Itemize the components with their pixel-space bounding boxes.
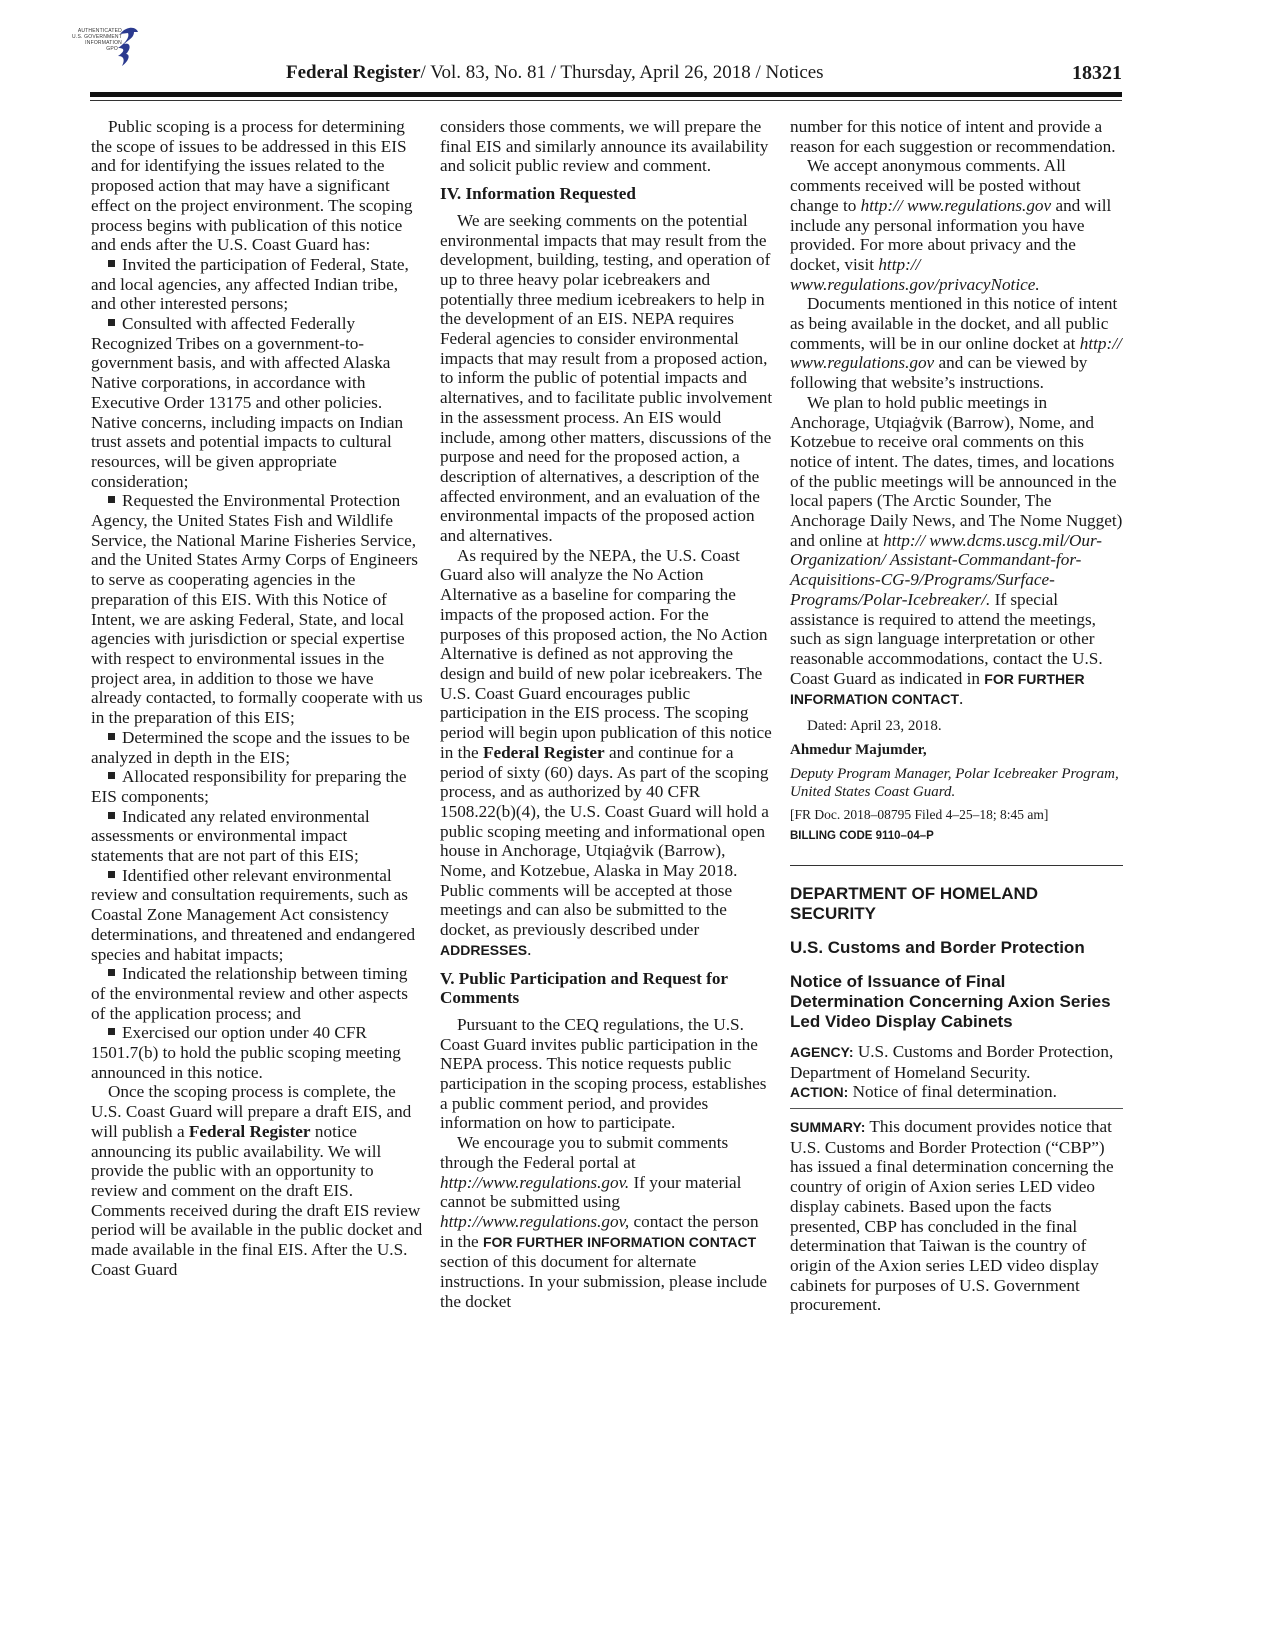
bullet-item: Invited the participation of Federal, St… — [91, 255, 424, 314]
bullet-text: Identified other relevant environmental … — [91, 866, 415, 964]
text-run: Documents mentioned in this notice of in… — [790, 294, 1117, 352]
issue-info: / Vol. 83, No. 81 / Thursday, April 26, … — [421, 62, 824, 83]
paragraph: Pursuant to the CEQ regulations, the U.S… — [440, 1015, 773, 1133]
paragraph-continued: considers those comments, we will prepar… — [440, 117, 773, 176]
bullet-icon — [108, 772, 115, 779]
summary-paragraph: SUMMARY: This document provides notice t… — [790, 1117, 1123, 1315]
action-text: Notice of final determination. — [848, 1082, 1057, 1101]
bullet-item: Exercised our option under 40 CFR 1501.7… — [91, 1023, 424, 1082]
paragraph-continued: number for this notice of intent and pro… — [790, 117, 1123, 156]
paragraph: We accept anonymous comments. All commen… — [790, 156, 1123, 294]
regulations-gov-link[interactable]: http:// www.regulations.gov — [861, 196, 1052, 215]
agency-label: AGENCY: — [790, 1044, 854, 1060]
action-label: ACTION: — [790, 1084, 848, 1100]
sub-agency-heading: U.S. Customs and Border Protection — [790, 938, 1123, 958]
billing-code: BILLING CODE 9110–04–P — [790, 827, 1123, 847]
bullet-item: Identified other relevant environmental … — [91, 866, 424, 965]
signer-name: Ahmedur Majumder, — [790, 741, 1123, 761]
bullet-item: Consulted with affected Federally Recogn… — [91, 314, 424, 491]
publication-name: Federal Register — [286, 62, 421, 83]
bullet-icon — [108, 260, 115, 267]
bullet-text: Requested the Environmental Protection A… — [91, 491, 423, 727]
column-2: considers those comments, we will prepar… — [440, 117, 773, 1311]
department-heading: DEPARTMENT OF HOMELAND SECURITY — [790, 884, 1123, 924]
paragraph: We encourage you to submit comments thro… — [440, 1133, 773, 1311]
bullet-icon — [108, 871, 115, 878]
publication-ref: Federal Register — [189, 1122, 311, 1141]
bullet-item: Determined the scope and the issues to b… — [91, 728, 424, 767]
bullet-icon — [108, 319, 115, 326]
bullet-text: Invited the participation of Federal, St… — [91, 255, 409, 313]
logo-line: GPO — [70, 46, 122, 52]
cross-reference: ADDRESSES — [440, 942, 527, 958]
column-3: number for this notice of intent and pro… — [790, 117, 1123, 1315]
bullet-icon — [108, 496, 115, 503]
text-run: We encourage you to submit comments thro… — [440, 1133, 728, 1172]
text-run: section of this document for alternate i… — [440, 1252, 767, 1310]
header-rule-thin — [90, 100, 1122, 101]
bullet-icon — [108, 1028, 115, 1035]
bullet-icon — [108, 969, 115, 976]
text-run: and continue for a period of sixty (60) … — [440, 743, 769, 939]
fr-doc-line: [FR Doc. 2018–08795 Filed 4–25–18; 8:45 … — [790, 805, 1123, 825]
summary-text: This document provides notice that U.S. … — [790, 1117, 1114, 1314]
column-1: Public scoping is a process for determin… — [91, 117, 424, 1279]
regulations-gov-link[interactable]: http://www.regulations.gov. — [440, 1173, 629, 1192]
text-run: As required by the NEPA, the U.S. Coast … — [440, 546, 772, 762]
logo-text: AUTHENTICATED U.S. GOVERNMENT INFORMATIO… — [70, 28, 122, 52]
paragraph: As required by the NEPA, the U.S. Coast … — [440, 546, 773, 961]
document-separator — [790, 865, 1123, 866]
paragraph: We are seeking comments on the potential… — [440, 211, 773, 546]
agency-line: AGENCY: U.S. Customs and Border Protecti… — [790, 1042, 1123, 1082]
paragraph: Documents mentioned in this notice of in… — [790, 294, 1123, 393]
bullet-text: Determined the scope and the issues to b… — [91, 728, 410, 767]
bullet-item: Requested the Environmental Protection A… — [91, 491, 424, 727]
bullet-icon — [108, 733, 115, 740]
page-number: 18321 — [1072, 62, 1122, 85]
bullet-item: Indicated any related environmental asse… — [91, 807, 424, 866]
dated-line: Dated: April 23, 2018. — [790, 717, 1123, 737]
signer-title: Deputy Program Manager, Polar Icebreaker… — [790, 765, 1123, 801]
text-run: notice announcing its public availabilit… — [91, 1122, 422, 1279]
summary-separator — [790, 1108, 1123, 1109]
text-run: . — [959, 689, 963, 708]
paragraph: We plan to hold public meetings in Ancho… — [790, 393, 1123, 710]
bullet-text: Consulted with affected Federally Recogn… — [91, 314, 403, 491]
regulations-gov-link[interactable]: http://www.regulations.gov, — [440, 1212, 629, 1231]
cross-reference: FOR FURTHER INFORMATION CONTACT — [483, 1234, 756, 1250]
text-run: . — [527, 940, 531, 959]
running-header: Federal Register/ Vol. 83, No. 81 / Thur… — [90, 62, 1122, 90]
summary-label: SUMMARY: — [790, 1119, 865, 1135]
action-line: ACTION: Notice of final determination. — [790, 1082, 1123, 1103]
bullet-text: Indicated the relationship between timin… — [91, 964, 408, 1022]
paragraph: Public scoping is a process for determin… — [91, 117, 424, 255]
bullet-item: Allocated responsibility for preparing t… — [91, 767, 424, 806]
header-rule-thick — [90, 92, 1122, 97]
section-heading-iv: IV. Information Requested — [440, 184, 773, 204]
bullet-icon — [108, 812, 115, 819]
paragraph: Once the scoping process is complete, th… — [91, 1082, 424, 1279]
header-citation: Federal Register/ Vol. 83, No. 81 / Thur… — [286, 62, 824, 84]
publication-ref: Federal Register — [483, 743, 605, 762]
notice-title: Notice of Issuance of Final Determinatio… — [790, 972, 1123, 1032]
bullet-text: Indicated any related environmental asse… — [91, 807, 370, 865]
bullet-text: Allocated responsibility for preparing t… — [91, 767, 406, 806]
section-heading-v: V. Public Participation and Request for … — [440, 969, 773, 1008]
bullet-item: Indicated the relationship between timin… — [91, 964, 424, 1023]
bullet-text: Exercised our option under 40 CFR 1501.7… — [91, 1023, 401, 1081]
text-run: We plan to hold public meetings in Ancho… — [790, 393, 1122, 550]
